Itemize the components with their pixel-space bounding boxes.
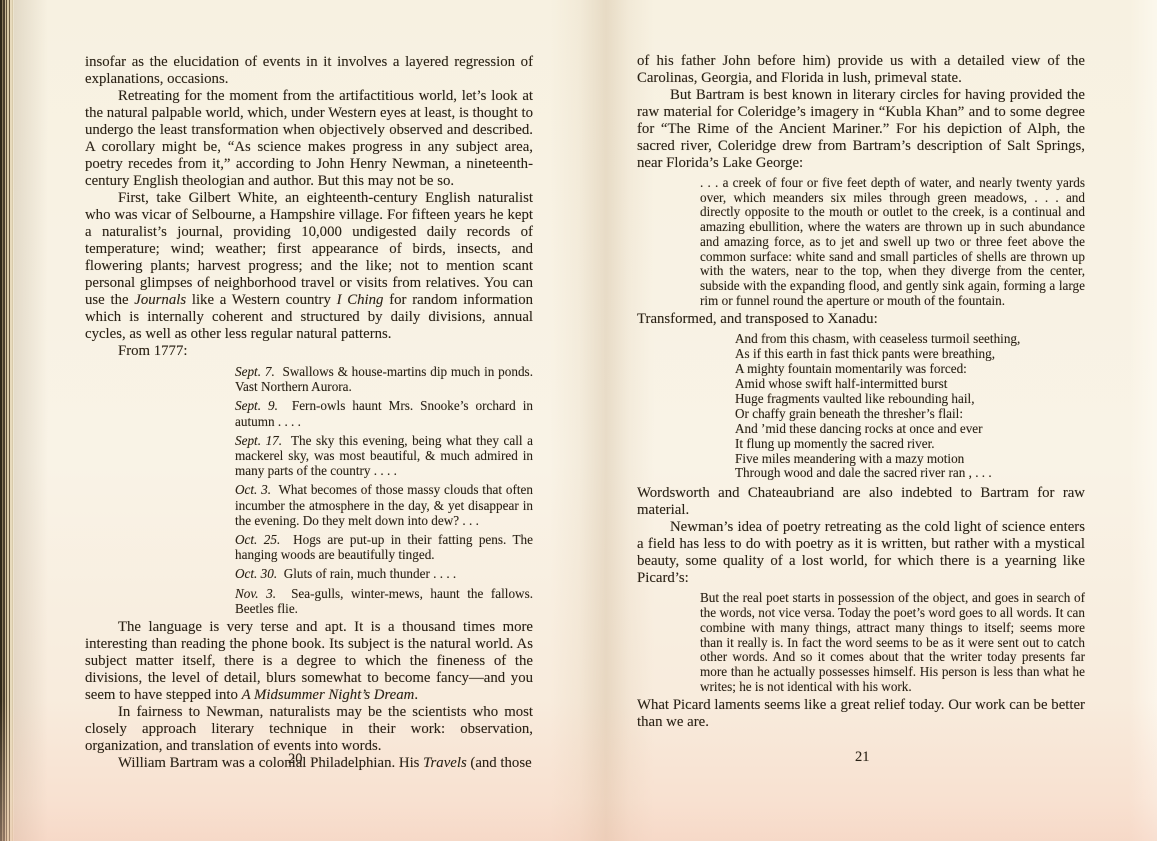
italic-text-run: Oct. 3. bbox=[235, 482, 271, 497]
paragraph: And from this chasm, with ceaseless turm… bbox=[735, 332, 1085, 347]
text-run: . . . a creek of four or five feet depth… bbox=[700, 175, 1085, 308]
page-left-text: insofar as the elucidation of events in … bbox=[85, 54, 533, 772]
italic-text-run: I Ching bbox=[337, 292, 384, 308]
text-run: Wordsworth and Chateaubriand are also in… bbox=[637, 485, 1085, 518]
italic-text-run: A Midsummer Night’s Dream bbox=[242, 687, 415, 703]
italic-text-run: Sept. 7. bbox=[235, 364, 275, 379]
paragraph: Amid whose swift half-intermitted burst bbox=[735, 377, 1085, 392]
text-run: And ’mid these dancing rocks at once and… bbox=[735, 421, 983, 436]
paragraph: From 1777: bbox=[85, 343, 533, 360]
paragraph: First, take Gilbert White, an eighteenth… bbox=[85, 190, 533, 343]
page-number-right: 21 bbox=[855, 749, 870, 766]
text-run: A mighty fountain momentarily was forced… bbox=[735, 361, 967, 376]
text-run: Swallows & house-martins dip much in pon… bbox=[235, 364, 533, 394]
text-run: . bbox=[414, 687, 418, 703]
paragraph: Five miles meandering with a mazy motion bbox=[735, 452, 1085, 467]
text-run: Hogs are put-up in their fatting pens. T… bbox=[235, 532, 533, 562]
paragraph: It flung up momently the sacred river. bbox=[735, 437, 1085, 452]
italic-text-run: Nov. 3. bbox=[235, 586, 276, 601]
paragraph: Sept. 7. Swallows & house-martins dip mu… bbox=[235, 364, 533, 394]
book-scan: insofar as the elucidation of events in … bbox=[0, 0, 1157, 841]
paragraph: What Picard laments seems like a great r… bbox=[637, 697, 1085, 731]
text-run: In fairness to Newman, naturalists may b… bbox=[85, 704, 533, 754]
paragraph: of his father John before him) provide u… bbox=[637, 53, 1085, 87]
italic-text-run: Sept. 17. bbox=[235, 433, 282, 448]
text-run: But the real poet starts in possession o… bbox=[700, 590, 1085, 693]
paragraph: Sept. 17. The sky this evening, being wh… bbox=[235, 433, 533, 479]
italic-text-run: Oct. 30. bbox=[235, 566, 277, 581]
paragraph: Newman’s idea of poetry retreating as th… bbox=[637, 519, 1085, 587]
paragraph: Retreating for the moment from the artif… bbox=[85, 88, 533, 190]
page-right-text: of his father John before him) provide u… bbox=[637, 53, 1085, 731]
text-run: First, take Gilbert White, an eighteenth… bbox=[85, 190, 533, 308]
paragraph: insofar as the elucidation of events in … bbox=[85, 54, 533, 88]
paragraph: The language is very terse and apt. It i… bbox=[85, 619, 533, 704]
paragraph: Oct. 3. What becomes of those massy clou… bbox=[235, 482, 533, 528]
paragraph: Huge fragments vaulted like rebounding h… bbox=[735, 392, 1085, 407]
paragraph: As if this earth in fast thick pants wer… bbox=[735, 347, 1085, 362]
text-run: Gluts of rain, much thunder . . . . bbox=[277, 566, 456, 581]
paragraph: Oct. 30. Gluts of rain, much thunder . .… bbox=[235, 566, 533, 581]
paragraph: But the real poet starts in possession o… bbox=[700, 591, 1085, 694]
text-run: (and those bbox=[467, 755, 532, 771]
paragraph: Through wood and dale the sacred river r… bbox=[735, 466, 1085, 481]
text-run: And from this chasm, with ceaseless turm… bbox=[735, 331, 1020, 346]
paragraph: William Bartram was a colonial Philadelp… bbox=[85, 755, 533, 772]
text-run: Through wood and dale the sacred river r… bbox=[735, 465, 992, 480]
text-run: What becomes of those massy clouds that … bbox=[235, 482, 533, 527]
text-run: like a Western country bbox=[186, 292, 337, 308]
text-run: insofar as the elucidation of events in … bbox=[85, 54, 533, 87]
paragraph: . . . a creek of four or five feet depth… bbox=[700, 176, 1085, 308]
text-run: Huge fragments vaulted like rebounding h… bbox=[735, 391, 975, 406]
italic-text-run: Journals bbox=[134, 292, 186, 308]
italic-text-run: Travels bbox=[423, 755, 467, 771]
paragraph: Wordsworth and Chateaubriand are also in… bbox=[637, 485, 1085, 519]
text-run: Retreating for the moment from the artif… bbox=[85, 88, 533, 189]
text-run: Or chaffy grain beneath the thresher’s f… bbox=[735, 406, 963, 421]
text-run: From 1777: bbox=[118, 343, 187, 359]
paragraph: Nov. 3. Sea-gulls, winter-mews, haunt th… bbox=[235, 586, 533, 616]
text-run: Newman’s idea of poetry retreating as th… bbox=[637, 519, 1085, 586]
text-run: It flung up momently the sacred river. bbox=[735, 436, 935, 451]
text-run: William Bartram was a colonial Philadelp… bbox=[118, 755, 423, 771]
text-run: As if this earth in fast thick pants wer… bbox=[735, 346, 995, 361]
paragraph: Sept. 9. Fern-owls haunt Mrs. Snooke’s o… bbox=[235, 398, 533, 428]
text-run: But Bartram is best known in literary ci… bbox=[637, 87, 1085, 171]
paragraph: And ’mid these dancing rocks at once and… bbox=[735, 422, 1085, 437]
text-run: Amid whose swift half-intermitted burst bbox=[735, 376, 947, 391]
italic-text-run: Sept. 9. bbox=[235, 398, 278, 413]
paragraph: A mighty fountain momentarily was forced… bbox=[735, 362, 1085, 377]
paragraph: Transformed, and transposed to Xanadu: bbox=[637, 311, 1085, 328]
text-run: Sea-gulls, winter-mews, haunt the fallow… bbox=[235, 586, 533, 616]
paragraph: In fairness to Newman, naturalists may b… bbox=[85, 704, 533, 755]
text-run: Transformed, and transposed to Xanadu: bbox=[637, 311, 878, 327]
page-number-left: 20 bbox=[288, 751, 303, 768]
italic-text-run: Oct. 25. bbox=[235, 532, 280, 547]
text-run: What Picard laments seems like a great r… bbox=[637, 697, 1085, 730]
paragraph: But Bartram is best known in literary ci… bbox=[637, 87, 1085, 172]
text-run: Fern-owls haunt Mrs. Snooke’s orchard in… bbox=[235, 398, 533, 428]
text-run: of his father John before him) provide u… bbox=[637, 53, 1085, 86]
paragraph: Oct. 25. Hogs are put-up in their fattin… bbox=[235, 532, 533, 562]
text-run: Five miles meandering with a mazy motion bbox=[735, 451, 964, 466]
paragraph: Or chaffy grain beneath the thresher’s f… bbox=[735, 407, 1085, 422]
